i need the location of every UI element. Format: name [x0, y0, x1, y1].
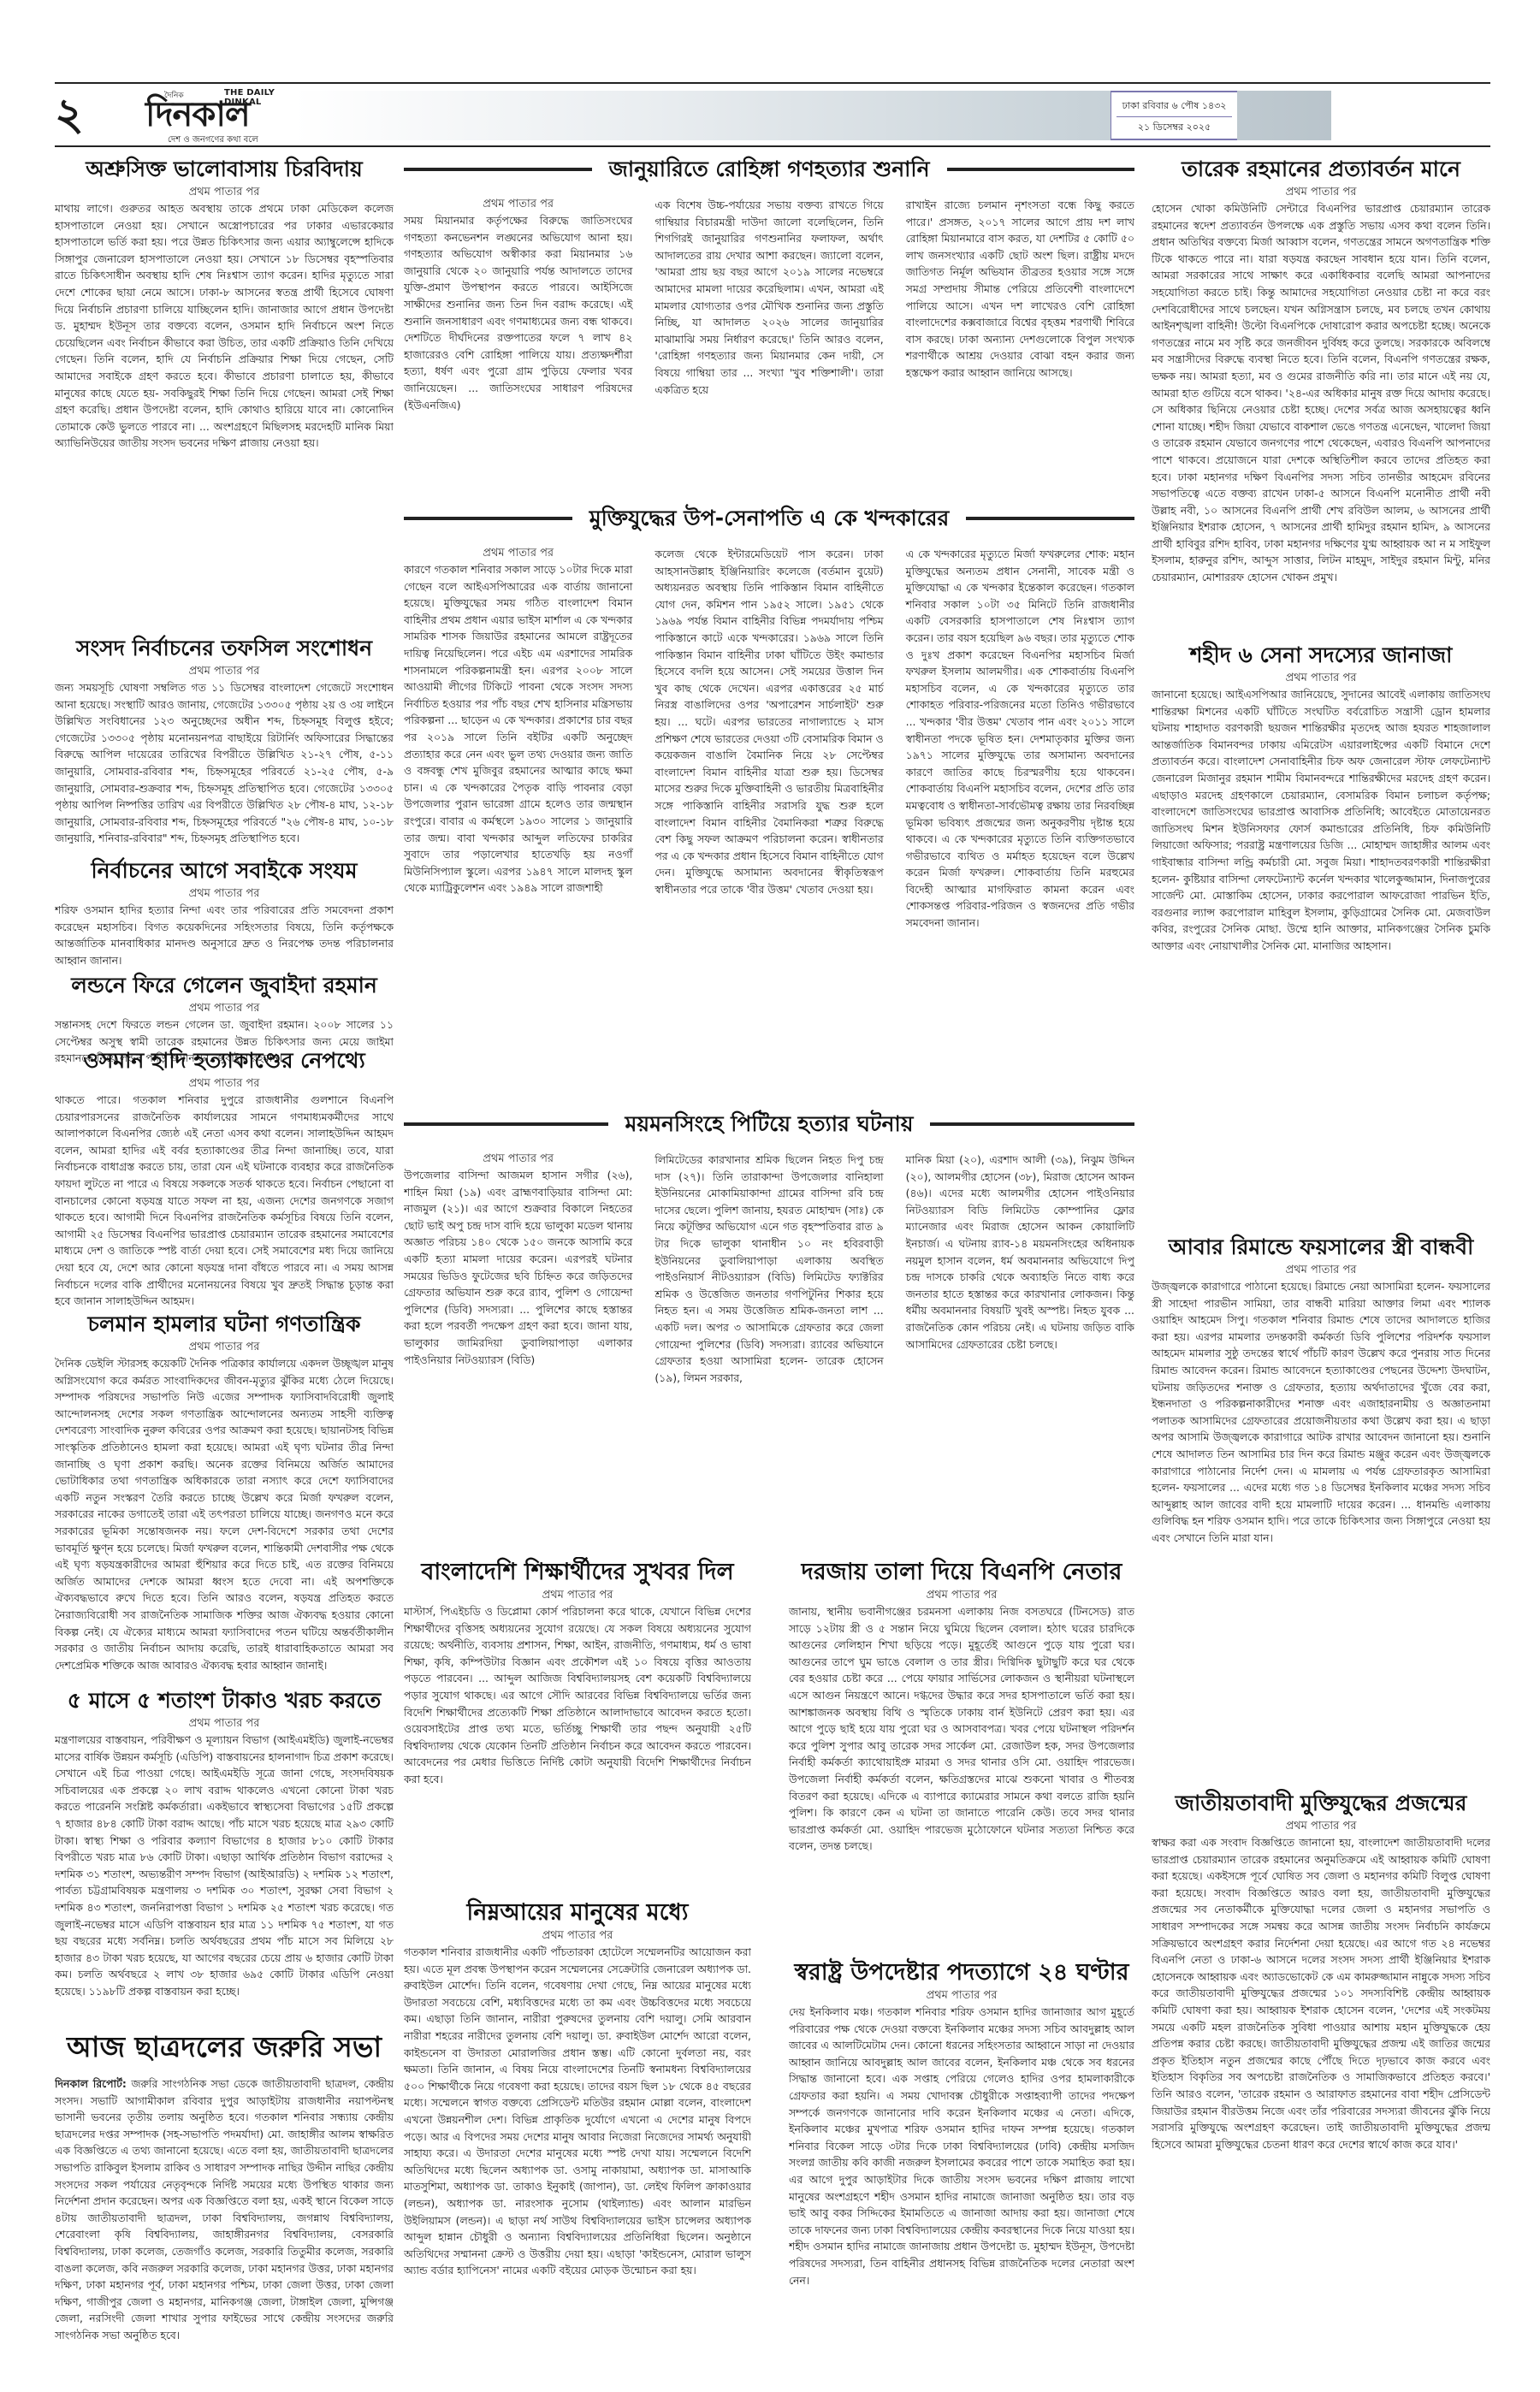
- headline[interactable]: জানুয়ারিতে রোহিঙ্গা গণহত্যার শুনানি: [404, 154, 1134, 185]
- article-body: দেয় ইনকিলাব মঞ্চ। গতকাল শনিবার শরিফ ওসম…: [789, 2004, 1134, 2288]
- jump-label: প্রথম পাতার পর: [55, 886, 394, 902]
- article-body: উপজেলার বাসিন্দা আজমল হাসান সগীর (২৬), শ…: [404, 1167, 632, 1368]
- headline[interactable]: দরজায় তালা দিয়ে বিএনপি নেতার: [789, 1557, 1134, 1588]
- headline[interactable]: নির্বাচনের আগে সবাইকে সংযম: [55, 856, 394, 886]
- column-3: মানিক মিয়া (২০), এরশাদ আলী (৩৯), নিঝুম …: [906, 1152, 1134, 1386]
- headline[interactable]: তারেক রহমানের প্রত্যাবর্তন মানে: [1152, 154, 1490, 185]
- column-1: প্রথম পাতার পর কারণে গতকাল শনিবার সকাল স…: [404, 546, 632, 932]
- headline[interactable]: ৫ মাসে ৫ শতাংশ টাকাও খরচ করতে: [55, 1685, 394, 1716]
- article-body: মানিক মিয়া (২০), এরশাদ আলী (৩৯), নিঝুম …: [906, 1152, 1134, 1353]
- jump-label: প্রথম পাতার পর: [789, 1588, 1134, 1603]
- masthead: ২ দৈনিক THE DAILY DINKAL দিনকাল দেশ ও জন…: [55, 82, 1490, 147]
- article-body: জানানো হয়েছে। আইএসপিআর জানিয়েছে, সুদান…: [1152, 686, 1490, 955]
- article-osman[interactable]: ওসমান হাদি হত্যাকাণ্ডের নেপথ্যে প্রথম পা…: [55, 1045, 394, 1309]
- headline-rule-left: [404, 168, 592, 171]
- article-chalaman[interactable]: চলমান হামলার ঘটনা গণতান্ত্রিক প্রথম পাতা…: [55, 1309, 394, 1689]
- article-dorja[interactable]: দরজায় তালা দিয়ে বিএনপি নেতার প্রথম পাত…: [613, 1557, 1134, 1959]
- column-3: রাখাইন রাজ্যে চলমান নৃশংসতা বন্ধে কিছু ক…: [906, 197, 1134, 413]
- column-2: কলেজ থেকে ইন্টারমেডিয়েট পাস করেন। ঢাকা …: [654, 546, 883, 932]
- article-sanjam[interactable]: নির্বাচনের আগে সবাইকে সংযম প্রথম পাতার প…: [55, 856, 394, 968]
- article-body: শরিফ ওসমান হাদির হত্যার নিন্দা এবং তার প…: [55, 902, 394, 968]
- article-rohingya[interactable]: জানুয়ারিতে রোহিঙ্গা গণহত্যার শুনানি প্র…: [404, 154, 1134, 489]
- date-gregorian: ২১ ডিসেম্বর ২০২৫: [1111, 117, 1237, 138]
- article-body: থাকতে পারে। গতকাল শনিবার দুপুরে রাজধানীর…: [55, 1092, 394, 1309]
- article-shahid6[interactable]: শহীদ ৬ সেনা সদস্যের জানাজা প্রথম পাতার প…: [1152, 640, 1490, 1232]
- jump-label: প্রথম পাতার পর: [404, 1152, 632, 1167]
- headline-rule-right: [930, 1122, 1134, 1126]
- article-body: সময় মিয়ানমার কর্তৃপক্ষের বিরুদ্ধে জাতি…: [404, 212, 632, 413]
- article-sangsad[interactable]: সংসদ নির্বাচনের তফসিল সংশোধন প্রথম পাতার…: [55, 633, 394, 844]
- column-2: এক বিশেষ উচ্চ-পর্যায়ের সভায় বক্তব্য রা…: [654, 197, 883, 413]
- jump-label: প্রথম পাতার পর: [55, 1076, 394, 1092]
- headline[interactable]: মুক্তিযুদ্ধের উপ-সেনাপতি এ কে খন্দকারের: [404, 503, 1134, 534]
- article-body: দৈনিক ডেইলি স্টারসহ কয়েকটি দৈনিক পত্রিক…: [55, 1355, 394, 1673]
- jump-label: প্রথম পাতার পর: [404, 197, 632, 212]
- article-jatiyatabadi[interactable]: জাতীয়তাবাদী মুক্তিযুদ্ধের প্রজন্মের প্র…: [1152, 1788, 1490, 2344]
- article-body: জানায়, স্থানীয় ভবানীগঞ্জের চরমনসা এলাক…: [789, 1603, 1134, 1855]
- byline: দিনকাল রিপোর্ট:: [55, 2077, 127, 2090]
- article-mymensingh[interactable]: ময়মনসিংহে পিটিয়ে হত্যার ঘটনায় প্রথম প…: [404, 1109, 1134, 1514]
- logo-bengali-name: দিনকাল: [145, 96, 250, 133]
- headline-rule-right: [966, 517, 1134, 520]
- article-body: দিনকাল রিপোর্ট: জরুরি সাংগঠনিক সভা ডেকে …: [55, 2075, 394, 2344]
- headline[interactable]: স্বরাষ্ট্র উপদেষ্টার পদত্যাগে ২৪ ঘণ্টার: [789, 1957, 1134, 1988]
- jump-label: প্রথম পাতার পর: [404, 546, 632, 561]
- jump-label: প্রথম পাতার পর: [55, 1340, 394, 1355]
- logo-tagline: দেশ ও জনগণের কথা বলে: [168, 133, 258, 148]
- headline[interactable]: ওসমান হাদি হত্যাকাণ্ডের নেপথ্যে: [55, 1045, 394, 1076]
- headline-text: ময়মনসিংহে পিটিয়ে হত্যার ঘটনায়: [625, 1109, 914, 1140]
- headline[interactable]: চলমান হামলার ঘটনা গণতান্ত্রিক: [55, 1309, 394, 1340]
- article-khandaker[interactable]: মুক্তিযুদ্ধের উপ-সেনাপতি এ কে খন্দকারের …: [404, 503, 1134, 1112]
- date-bengali: ঢাকা রবিবার ৬ পৌষ ১৪৩২: [1116, 96, 1232, 117]
- headline-text: মুক্তিযুদ্ধের উপ-সেনাপতি এ কে খন্দকারের: [589, 503, 950, 534]
- article-swarashtra[interactable]: স্বরাষ্ট্র উপদেষ্টার পদত্যাগে ২৪ ঘণ্টার …: [789, 1957, 1134, 2342]
- headline-rule-left: [404, 1122, 608, 1126]
- article-body: স্বাক্ষর করা এক সংবাদ বিজ্ঞপ্তিতে জানানো…: [1152, 1834, 1490, 2152]
- jump-label: প্রথম পাতার পর: [55, 1001, 394, 1016]
- column-1: প্রথম পাতার পর উপজেলার বাসিন্দা আজমল হাস…: [404, 1152, 632, 1386]
- headline[interactable]: সংসদ নির্বাচনের তফসিল সংশোধন: [55, 633, 394, 664]
- article-body: লিমিটেডের কারখানার শ্রমিক ছিলেন নিহত দিপ…: [654, 1152, 883, 1386]
- column-2: লিমিটেডের কারখানার শ্রমিক ছিলেন নিহত দিপ…: [654, 1152, 883, 1386]
- page-number: ২: [55, 89, 84, 140]
- headline-rule-right: [947, 168, 1134, 171]
- headline[interactable]: ময়মনসিংহে পিটিয়ে হত্যার ঘটনায়: [404, 1109, 1134, 1140]
- headline[interactable]: জাতীয়তাবাদী মুক্তিযুদ্ধের প্রজন্মের: [1152, 1788, 1490, 1819]
- article-body: কলেজ থেকে ইন্টারমেডিয়েট পাস করেন। ঢাকা …: [654, 546, 883, 897]
- article-body: উজ্জ্বলকে কারাগারে পাঠানো হয়েছে। রিমান্…: [1152, 1278, 1490, 1547]
- article-body: এক বিশেষ উচ্চ-পর্যায়ের সভায় বক্তব্য রা…: [654, 197, 883, 398]
- headline[interactable]: আজ ছাত্রদলের জরুরি সভা: [55, 2028, 394, 2067]
- article-nimno[interactable]: নিম্নআয়ের মানুষের মধ্যে প্রথম পাতার পর …: [404, 1898, 751, 2342]
- column-1: প্রথম পাতার পর সময় মিয়ানমার কর্তৃপক্ষে…: [404, 197, 632, 413]
- headline-text: জানুয়ারিতে রোহিঙ্গা গণহত্যার শুনানি: [609, 154, 930, 185]
- column-3: এ কে খন্দকারের মৃত্যুতে মির্জা ফখরুলের শ…: [906, 546, 1134, 932]
- article-ashru[interactable]: অশ্রুসিক্ত ভালোবাসায় চিরবিদায় প্রথম পা…: [55, 154, 394, 614]
- article-adp[interactable]: ৫ মাসে ৫ শতাংশ টাকাও খরচ করতে প্রথম পাতা…: [55, 1685, 394, 2031]
- article-body: জন্য সময়সূচি ঘোষণা সম্বলিত গত ১১ ডিসেম্…: [55, 679, 394, 844]
- jump-label: প্রথম পাতার পর: [1152, 185, 1490, 200]
- headline-rule-left: [404, 517, 572, 520]
- article-body: মন্ত্রণালয়ের বাস্তবায়ন, পরিবীক্ষণ ও মূ…: [55, 1732, 394, 2000]
- article-body: গতকাল শনিবার রাজধানীর একটি পাঁচতারকা হোট…: [404, 1944, 751, 2279]
- headline[interactable]: শহীদ ৬ সেনা সদস্যের জানাজা: [1152, 640, 1490, 671]
- jump-label: প্রথম পাতার পর: [55, 185, 394, 200]
- jump-label: প্রথম পাতার পর: [1152, 671, 1490, 686]
- article-tarek[interactable]: তারেক রহমানের প্রত্যাবর্তন মানে প্রথম পা…: [1152, 154, 1490, 633]
- article-body: কারণে গতকাল শনিবার সকাল সাড়ে ১০টার দিকে…: [404, 561, 632, 897]
- jump-label: প্রথম পাতার পর: [1152, 1263, 1490, 1278]
- article-text: জরুরি সাংগঠনিক সভা ডেকে জাতীয়তাবাদী ছাত…: [55, 2077, 394, 2342]
- jump-label: প্রথম পাতার পর: [1152, 1819, 1490, 1834]
- headline[interactable]: অশ্রুসিক্ত ভালোবাসায় চিরবিদায়: [55, 154, 394, 185]
- article-body: এ কে খন্দকারের মৃত্যুতে মির্জা ফখরুলের শ…: [906, 546, 1134, 932]
- newspaper-logo[interactable]: দৈনিক THE DAILY DINKAL দিনকাল দেশ ও জনগণ…: [116, 86, 296, 145]
- article-body: হোসেন খোকা কমিউনিটি সেন্টারে বিএনপির ভার…: [1152, 200, 1490, 586]
- date-box: ঢাকা রবিবার ৬ পৌষ ১৪৩২ ২১ ডিসেম্বর ২০২৫: [1111, 91, 1237, 140]
- jump-label: প্রথম পাতার পর: [789, 1988, 1134, 2004]
- article-body: রাখাইন রাজ্যে চলমান নৃশংসতা বন্ধে কিছু ক…: [906, 197, 1134, 382]
- headline[interactable]: আবার রিমান্ডে ফয়সালের স্ত্রী বান্ধবী: [1152, 1232, 1490, 1263]
- headline[interactable]: লন্ডনে ফিরে গেলেন জুবাইদা রহমান: [55, 970, 394, 1001]
- jump-label: প্রথম পাতার পর: [55, 664, 394, 679]
- jump-label: প্রথম পাতার পর: [55, 1716, 394, 1732]
- article-body: মাথায় লাগে। গুরুতর আহত অবস্থায় তাকে প্…: [55, 200, 394, 452]
- article-faisal[interactable]: আবার রিমান্ডে ফয়সালের স্ত্রী বান্ধবী প্…: [1152, 1232, 1490, 1788]
- article-chatradal[interactable]: আজ ছাত্রদলের জরুরি সভা দিনকাল রিপোর্ট: জ…: [55, 2028, 394, 2344]
